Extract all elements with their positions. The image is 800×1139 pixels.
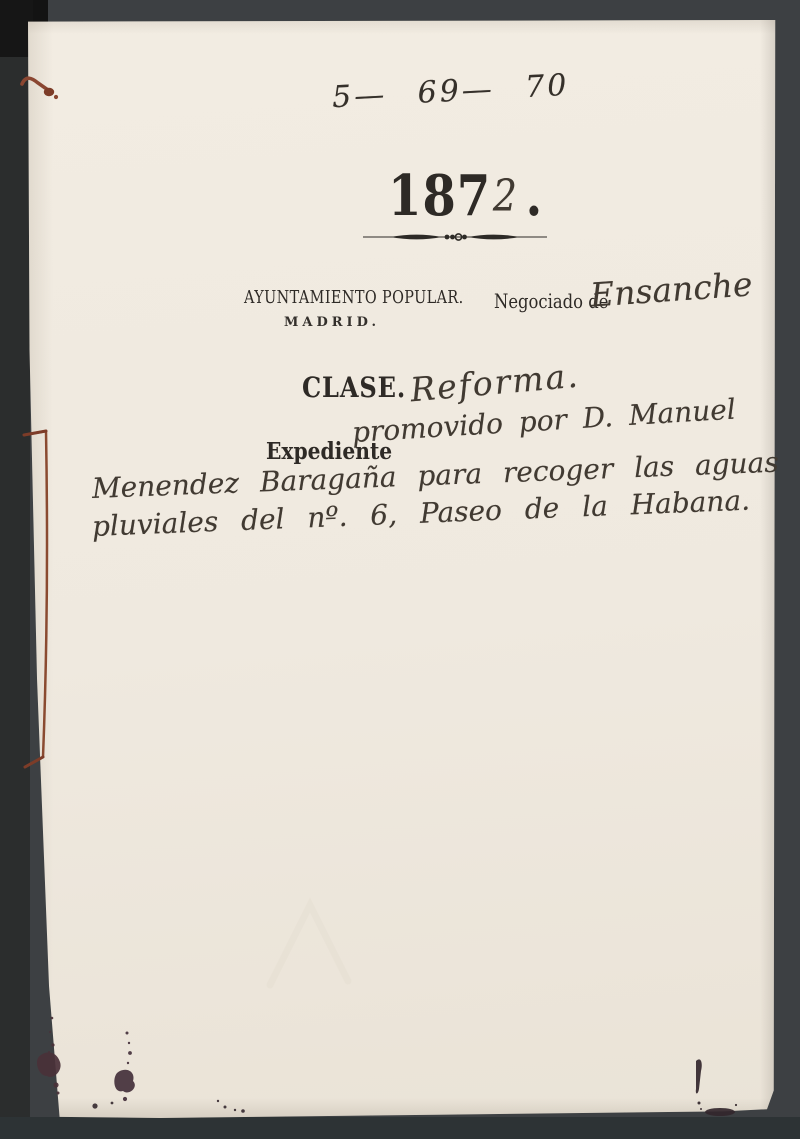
organization-name: AYUNTAMIENTO POPULAR. bbox=[244, 287, 420, 308]
year-printed-prefix: 187 bbox=[388, 168, 491, 224]
ink-blot bbox=[30, 1000, 75, 1100]
ink-drip bbox=[688, 1055, 743, 1117]
clase-label: CLASE. bbox=[302, 371, 406, 404]
scanner-background-bottom bbox=[0, 1117, 800, 1139]
letterhead: AYUNTAMIENTO POPULAR. MADRID. bbox=[222, 287, 442, 330]
year-period: . bbox=[526, 168, 543, 224]
year-heading: 187 2 . bbox=[388, 168, 542, 224]
organization-city: MADRID. bbox=[222, 315, 442, 330]
ornament-divider bbox=[362, 229, 548, 245]
year-handwritten-digit: 2 bbox=[493, 175, 517, 219]
binding-thread-long-stitch bbox=[18, 425, 54, 775]
ink-specks bbox=[85, 1095, 255, 1120]
faint-watermark bbox=[258, 895, 368, 995]
binding-thread-top-stitch bbox=[18, 70, 63, 105]
scanned-document: 5— 69— 70 187 2 . AYUNTAMIENTO POPULAR. … bbox=[0, 0, 800, 1139]
